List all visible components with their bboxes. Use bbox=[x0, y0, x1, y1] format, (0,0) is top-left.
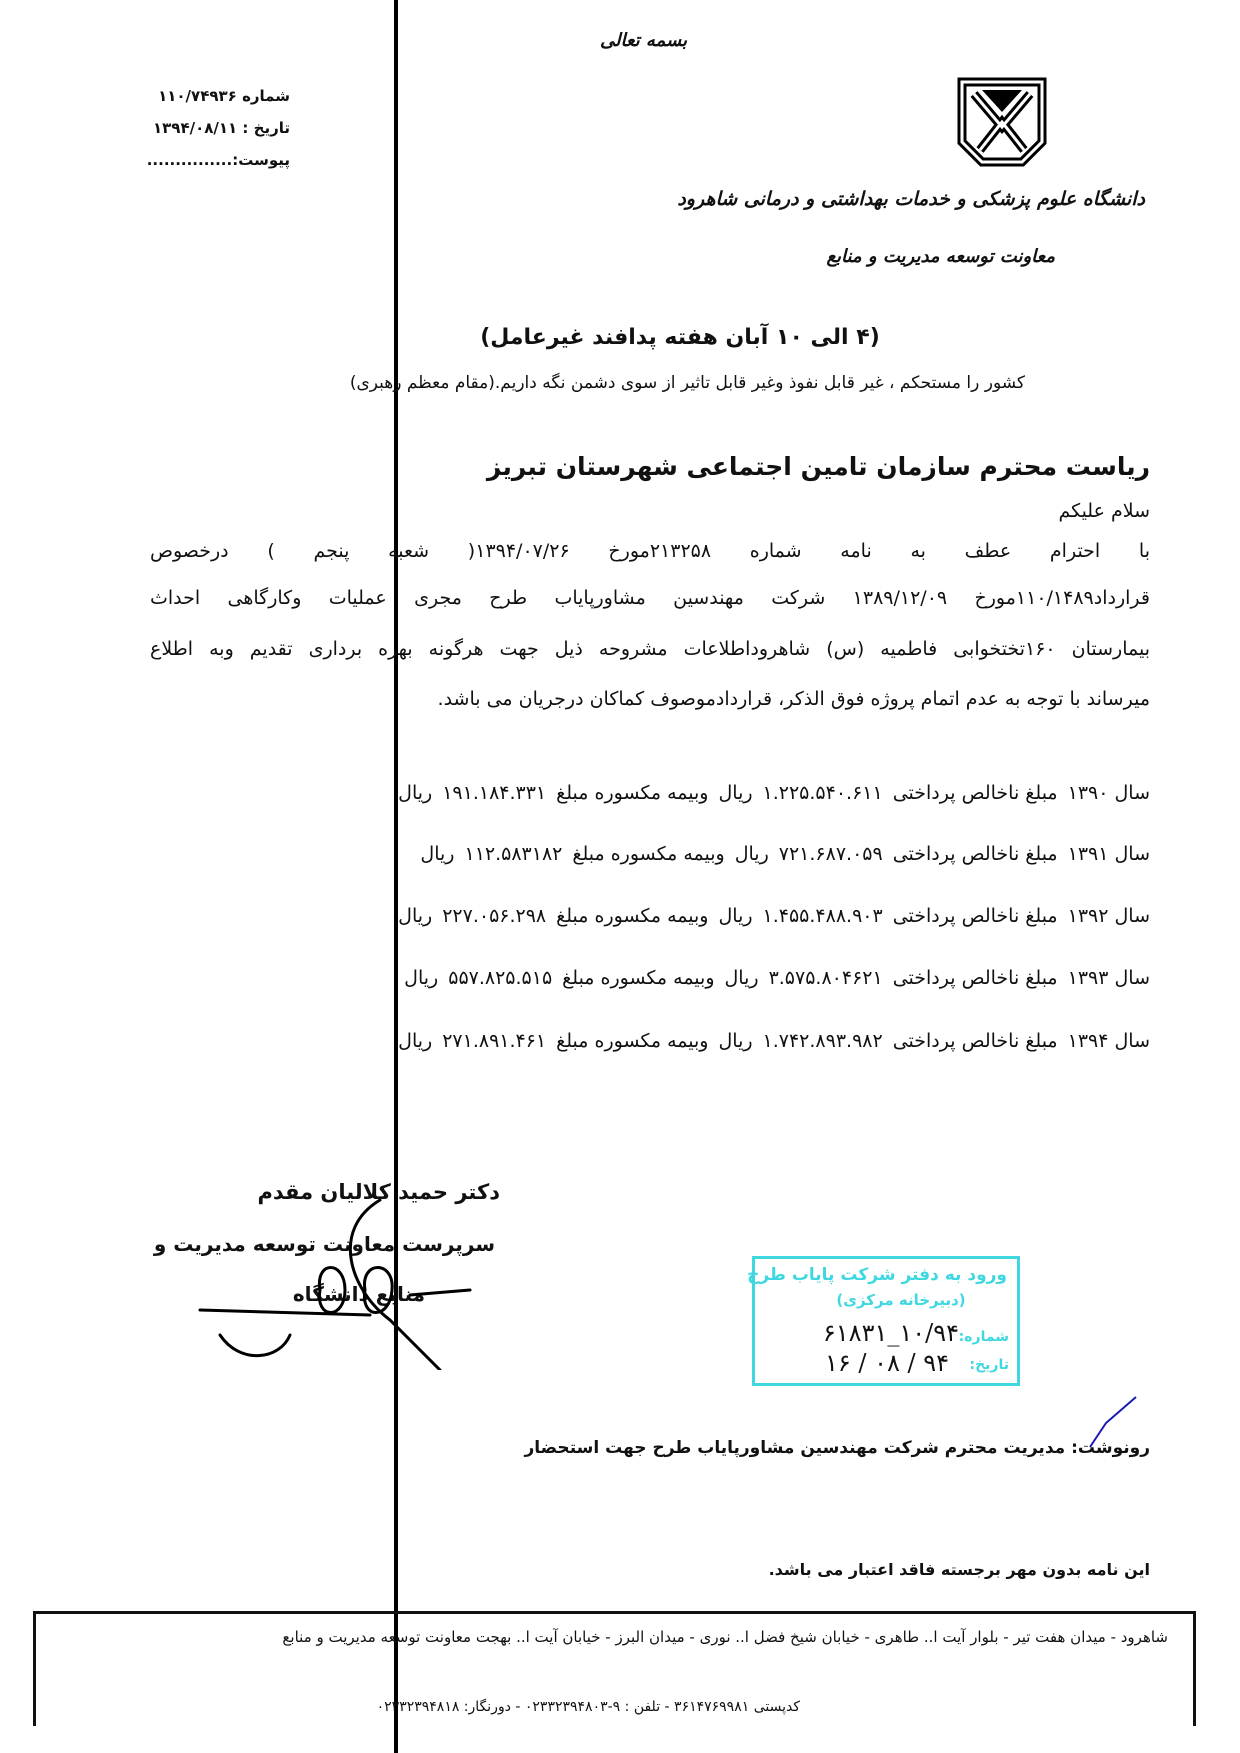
stamp-subtitle: (دبیرخانه مرکزی) bbox=[755, 1291, 1017, 1309]
cc-note: رونوشت: مدیریت محترم شرکت مهندسین مشاورپ… bbox=[525, 1438, 1150, 1458]
insurance-amount: ۲۲۷.۰۵۶.۲۹۸ bbox=[442, 905, 546, 927]
insurance-amount: ۱۱۲.۵۸۳۱۸۲ bbox=[464, 843, 562, 865]
banner-quote: کشور را مستحکم ، غیر قابل نفوذ وغیر قابل… bbox=[350, 373, 1025, 393]
letter-attachment: پیوست:............... bbox=[147, 151, 290, 169]
currency: ریال bbox=[420, 843, 454, 865]
gross-label: مبلغ ناخالص پرداختی bbox=[893, 905, 1058, 927]
currency: ریال bbox=[404, 967, 438, 989]
letter-date-label: تاریخ : bbox=[242, 119, 290, 137]
banner-title: (۴ الی ۱۰ آبان هفته پدافند غیرعامل) bbox=[0, 325, 1240, 350]
gross-amount: ۱.۲۲۵.۵۴۰.۶۱۱ bbox=[763, 782, 883, 804]
attachment-label: پیوست: bbox=[232, 151, 290, 169]
currency: ریال bbox=[398, 782, 432, 804]
letter-number: شماره ۱۱۰/۷۴۹۳۶ bbox=[158, 87, 290, 105]
stamp-number-label: شماره: bbox=[959, 1329, 1009, 1345]
payment-year: سال ۱۳۹۳ bbox=[1068, 967, 1150, 989]
footer-address: شاهرود - میدان هفت تیر - بلوار آیت ا.. ط… bbox=[282, 1628, 1168, 1646]
university-logo-icon bbox=[952, 72, 1052, 172]
payment-year: سال ۱۳۹۲ bbox=[1068, 905, 1150, 927]
insurance-amount: ۵۵۷.۸۲۵.۵۱۵ bbox=[448, 967, 552, 989]
currency: ریال bbox=[718, 1030, 752, 1052]
stamp-title: ورود به دفتر شرکت پایاب طرح bbox=[747, 1265, 1007, 1285]
handwritten-signature-icon bbox=[180, 1170, 540, 1370]
stamp-number-value: ۱۰/۹۴_۶۱۸۳۱ bbox=[823, 1319, 959, 1347]
gross-amount: ۱.۴۵۵.۴۸۸.۹۰۳ bbox=[763, 905, 883, 927]
insurance-label: وبیمه مکسوره مبلغ bbox=[556, 782, 708, 804]
insurance-label: وبیمه مکسوره مبلغ bbox=[562, 967, 714, 989]
currency: ریال bbox=[718, 905, 752, 927]
validity-note: این نامه بدون مهر برجسته فاقد اعتبار می … bbox=[769, 1560, 1150, 1579]
gross-amount: ۳.۵۷۵.۸۰۴۶۲۱ bbox=[769, 967, 883, 989]
payment-row-1393: سال ۱۳۹۳ مبلغ ناخالص پرداختی ۳.۵۷۵.۸۰۴۶۲… bbox=[404, 967, 1150, 989]
recipient-heading: ریاست محترم سازمان تامین اجتماعی شهرستان… bbox=[487, 452, 1150, 481]
university-name: دانشگاه علوم پزشکی و خدمات بهداشتی و درم… bbox=[677, 188, 1145, 210]
body-line-2: قرارداد۱۱۰/۱۴۸۹مورخ ۱۳۸۹/۱۲/۰۹ شرکت مهند… bbox=[150, 587, 1150, 609]
payment-row-1392: سال ۱۳۹۲ مبلغ ناخالص پرداختی ۱.۴۵۵.۴۸۸.۹… bbox=[398, 905, 1150, 927]
invocation-heading: بسمه تعالی bbox=[600, 30, 687, 51]
insurance-amount: ۲۷۱.۸۹۱.۴۶۱ bbox=[442, 1030, 546, 1052]
incoming-registry-stamp: ورود به دفتر شرکت پایاب طرح (دبیرخانه مر… bbox=[752, 1256, 1020, 1386]
letter-number-label: شماره bbox=[242, 87, 290, 105]
payment-year: سال ۱۳۹۱ bbox=[1068, 843, 1150, 865]
payment-row-1394: سال ۱۳۹۴ مبلغ ناخالص پرداختی ۱.۷۴۲.۸۹۳.۹… bbox=[398, 1030, 1150, 1052]
footer-contact: کدپستی ۳۶۱۴۷۶۹۹۸۱ - تلفن : ۹-۰۲۳۳۲۳۹۴۸۰۳… bbox=[377, 1699, 800, 1715]
greeting: سلام علیکم bbox=[1058, 500, 1150, 522]
body-line-1: با احترام عطف به نامه شماره ۲۱۳۲۵۸مورخ ۱… bbox=[150, 540, 1150, 562]
currency: ریال bbox=[718, 782, 752, 804]
letter-date-value: ۱۳۹۴/۰۸/۱۱ bbox=[153, 119, 237, 137]
insurance-amount: ۱۹۱.۱۸۴.۳۳۱ bbox=[442, 782, 546, 804]
letter-date: تاریخ : ۱۳۹۴/۰۸/۱۱ bbox=[153, 119, 290, 137]
gross-label: مبلغ ناخالص پرداختی bbox=[893, 843, 1058, 865]
payment-year: سال ۱۳۹۴ bbox=[1068, 1030, 1150, 1052]
gross-label: مبلغ ناخالص پرداختی bbox=[893, 1030, 1058, 1052]
currency: ریال bbox=[398, 1030, 432, 1052]
currency: ریال bbox=[735, 843, 769, 865]
insurance-label: وبیمه مکسوره مبلغ bbox=[556, 1030, 708, 1052]
gross-label: مبلغ ناخالص پرداختی bbox=[893, 967, 1058, 989]
currency: ریال bbox=[398, 905, 432, 927]
attachment-value: ............... bbox=[147, 151, 232, 169]
body-line-3: بیمارستان ۱۶۰تختخوابی فاطمیه (س) شاهرودا… bbox=[150, 638, 1150, 660]
letter-number-value: ۱۱۰/۷۴۹۳۶ bbox=[158, 87, 237, 105]
gross-amount: ۱.۷۴۲.۸۹۳.۹۸۲ bbox=[763, 1030, 883, 1052]
payment-year: سال ۱۳۹۰ bbox=[1068, 782, 1150, 804]
payment-row-1391: سال ۱۳۹۱ مبلغ ناخالص پرداختی ۷۲۱.۶۸۷.۰۵۹… bbox=[420, 843, 1150, 865]
payment-row-1390: سال ۱۳۹۰ مبلغ ناخالص پرداختی ۱.۲۲۵.۵۴۰.۶… bbox=[398, 782, 1150, 804]
department-name: معاونت توسعه مدیریت و منابع bbox=[826, 246, 1055, 267]
stamp-date-label: تاریخ: bbox=[969, 1357, 1009, 1373]
scan-margin-line bbox=[394, 0, 398, 1753]
stamp-date-value: ۹۴ / ۰۸ / ۱۶ bbox=[825, 1349, 949, 1377]
insurance-label: وبیمه مکسوره مبلغ bbox=[572, 843, 724, 865]
insurance-label: وبیمه مکسوره مبلغ bbox=[556, 905, 708, 927]
body-line-4: میرساند با توجه به عدم اتمام پروژه فوق ا… bbox=[438, 688, 1150, 710]
gross-amount: ۷۲۱.۶۸۷.۰۵۹ bbox=[779, 843, 883, 865]
gross-label: مبلغ ناخالص پرداختی bbox=[893, 782, 1058, 804]
currency: ریال bbox=[725, 967, 759, 989]
